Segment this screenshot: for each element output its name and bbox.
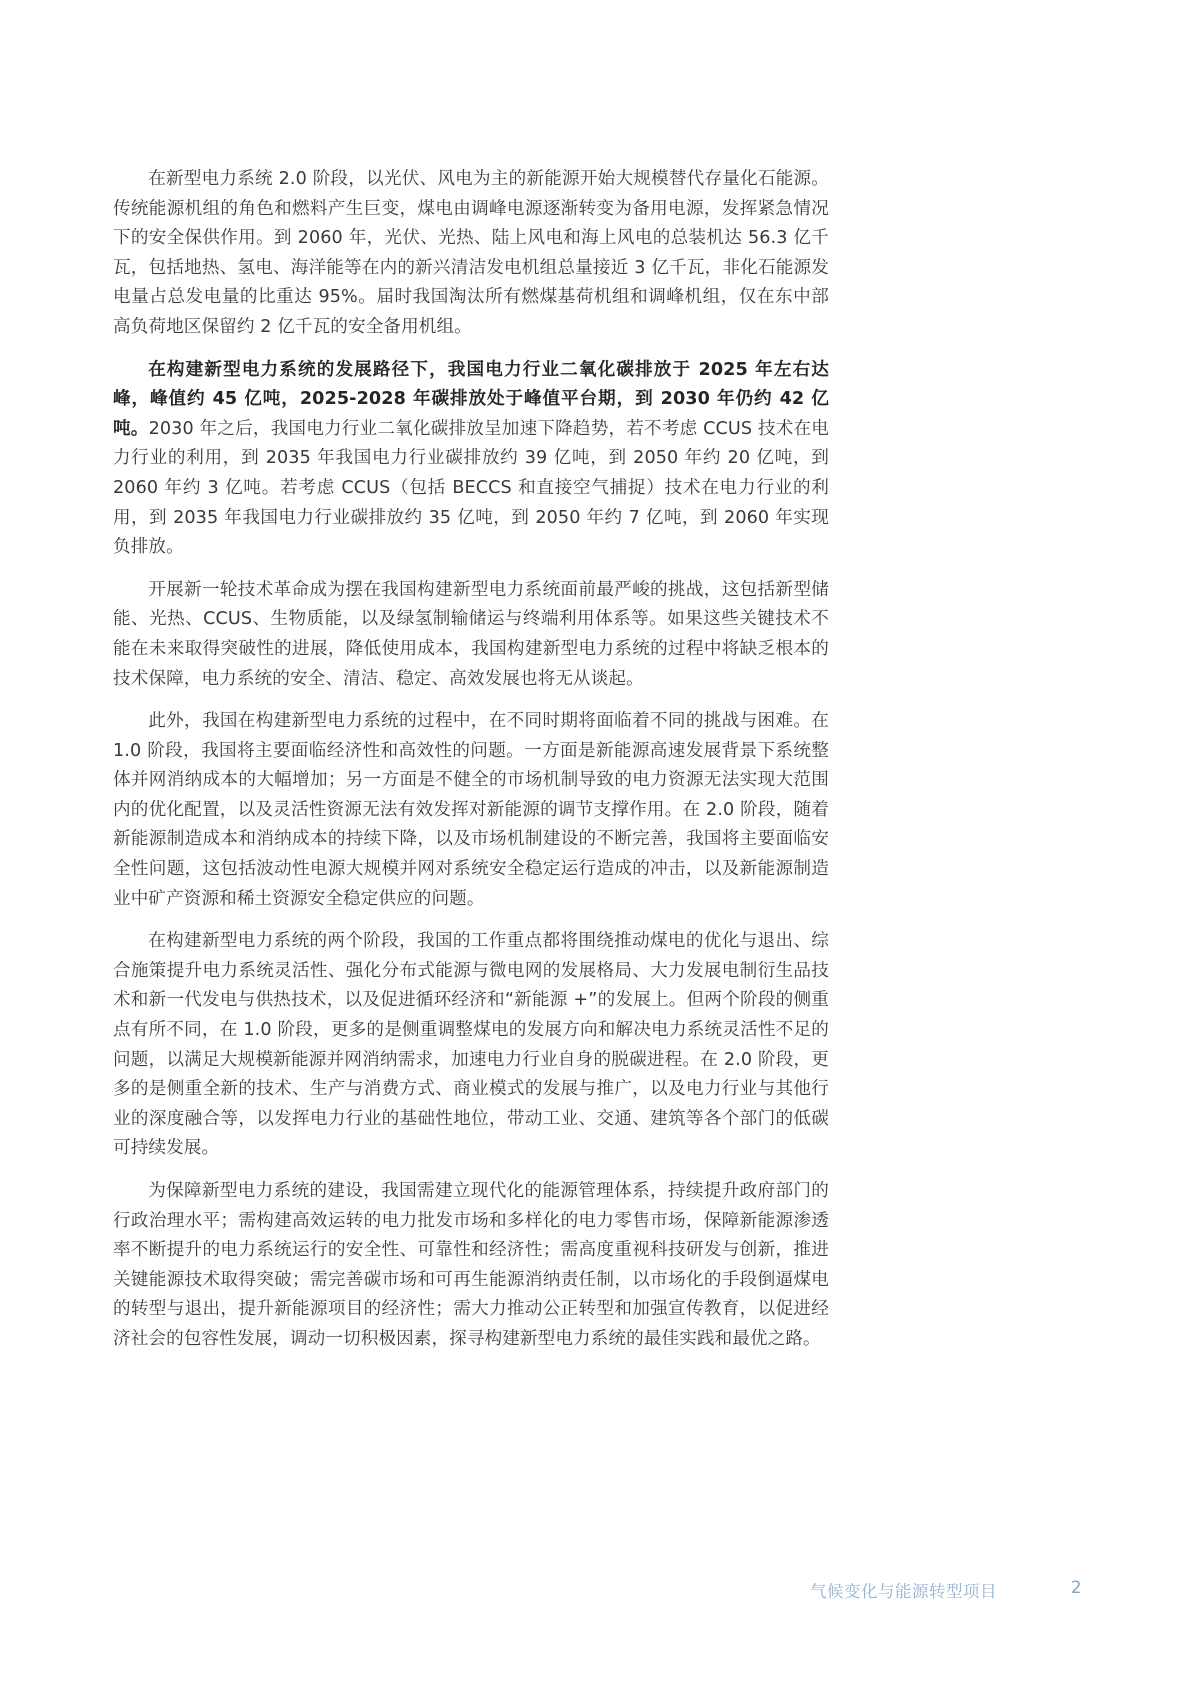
paragraph-text: 为保障新型电力系统的建设，我国需建立现代化的能源管理体系，持续提升政府部门的行政…	[113, 1181, 829, 1349]
paragraph-tech-revolution: 开展新一轮技术革命成为摆在我国构建新型电力系统面前最严峻的挑战，这包括新型储能、…	[113, 576, 829, 694]
paragraph-text: 2030 年之后，我国电力行业二氧化碳排放呈加速下降趋势，若不考虑 CCUS 技…	[113, 419, 829, 557]
document-body: 在新型电力系统 2.0 阶段，以光伏、风电为主的新能源开始大规模替代存量化石能源…	[113, 165, 829, 1368]
paragraph-emissions-pathway: 在构建新型电力系统的发展路径下，我国电力行业二氧化碳排放于 2025 年左右达峰…	[113, 356, 829, 563]
paragraph-stage-challenges: 此外，我国在构建新型电力系统的过程中，在不同时期将面临着不同的挑战与困难。在 1…	[113, 707, 829, 914]
paragraph-text: 在新型电力系统 2.0 阶段，以光伏、风电为主的新能源开始大规模替代存量化石能源…	[113, 169, 829, 337]
page-number: 2	[1071, 1578, 1082, 1597]
paragraph-text: 此外，我国在构建新型电力系统的过程中，在不同时期将面临着不同的挑战与困难。在 1…	[113, 711, 829, 909]
paragraph-policy-safeguards: 为保障新型电力系统的建设，我国需建立现代化的能源管理体系，持续提升政府部门的行政…	[113, 1177, 829, 1355]
paragraph-text: 在构建新型电力系统的两个阶段，我国的工作重点都将围绕推动煤电的优化与退出、综合施…	[113, 931, 829, 1158]
page-footer: 气候变化与能源转型项目 2	[0, 1578, 1191, 1608]
paragraph-text: 开展新一轮技术革命成为摆在我国构建新型电力系统面前最严峻的挑战，这包括新型储能、…	[113, 580, 829, 689]
footer-project-title: 气候变化与能源转型项目	[810, 1578, 997, 1602]
paragraph-work-priorities: 在构建新型电力系统的两个阶段，我国的工作重点都将围绕推动煤电的优化与退出、综合施…	[113, 927, 829, 1164]
paragraph-stage2-overview: 在新型电力系统 2.0 阶段，以光伏、风电为主的新能源开始大规模替代存量化石能源…	[113, 165, 829, 343]
